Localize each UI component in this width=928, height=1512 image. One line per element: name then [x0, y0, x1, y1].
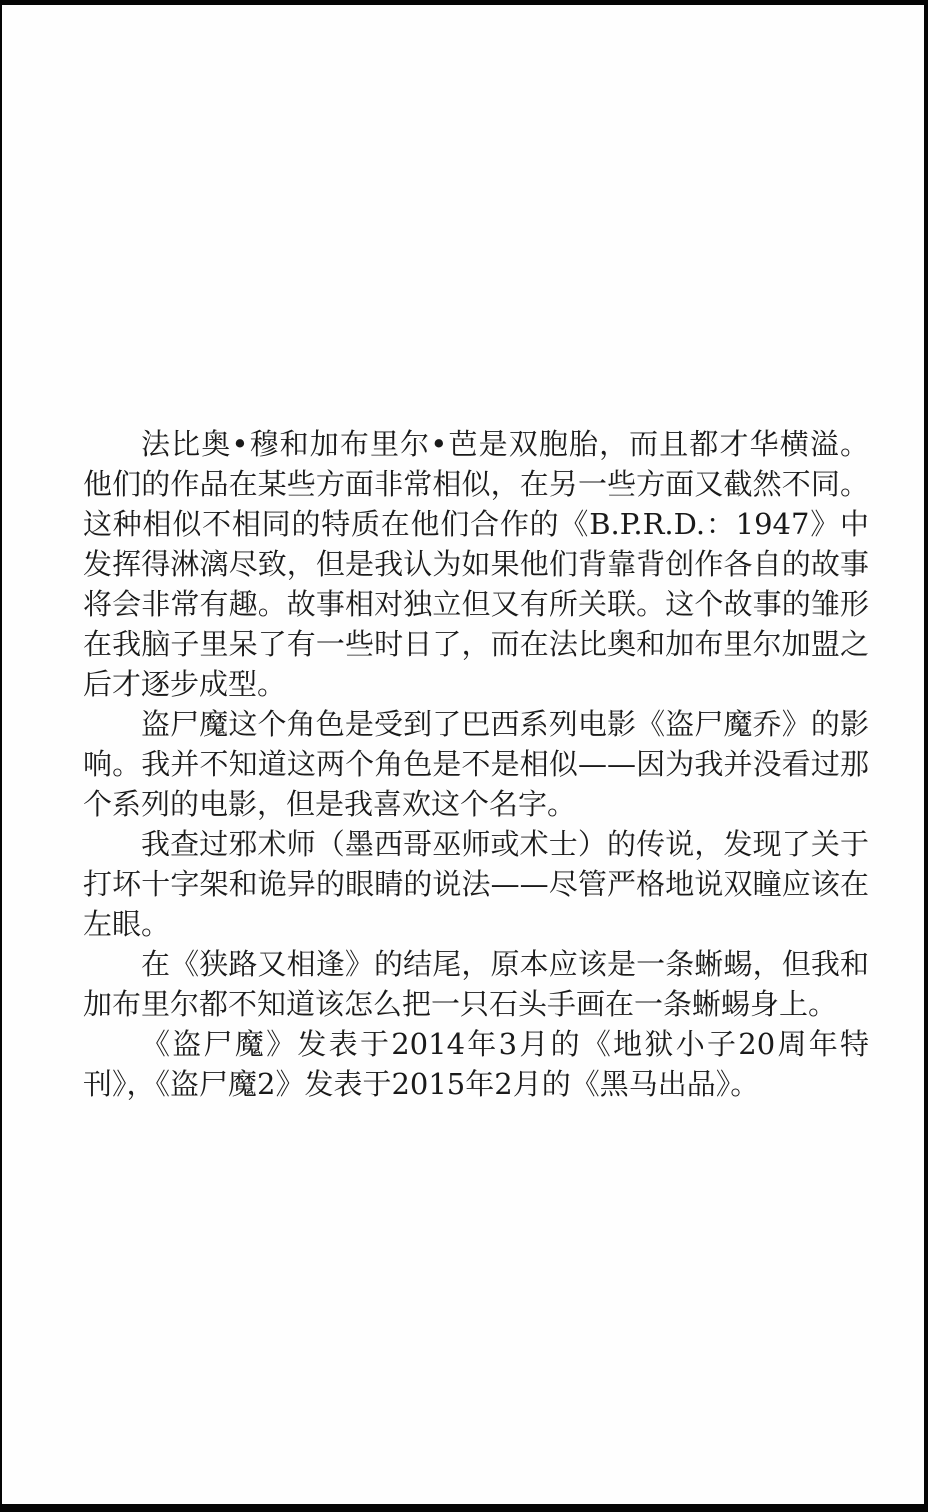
- afterword-text-block: 法比奥•穆和加布里尔•芭是双胞胎，而且都才华横溢。他们的作品在某些方面非常相似，…: [83, 424, 869, 1104]
- afterword-paragraph-5: 《盗尸魔》发表于2014年3月的《地狱小子20周年特刊》，《盗尸魔2》发表于20…: [83, 1024, 869, 1104]
- afterword-paragraph-2: 盗尸魔这个角色是受到了巴西系列电影《盗尸魔乔》的影响。我并不知道这两个角色是不是…: [83, 704, 869, 824]
- scanned-book-page: { "page": { "type": "book-afterword-page…: [0, 0, 928, 1512]
- afterword-paragraph-4: 在《狭路又相逢》的结尾，原本应该是一条蜥蜴，但我和加布里尔都不知道该怎么把一只石…: [83, 944, 869, 1024]
- afterword-paragraph-3: 我查过邪术师（墨西哥巫师或术士）的传说，发现了关于打坏十字架和诡异的眼睛的说法—…: [83, 824, 869, 944]
- afterword-paragraph-1: 法比奥•穆和加布里尔•芭是双胞胎，而且都才华横溢。他们的作品在某些方面非常相似，…: [83, 424, 869, 704]
